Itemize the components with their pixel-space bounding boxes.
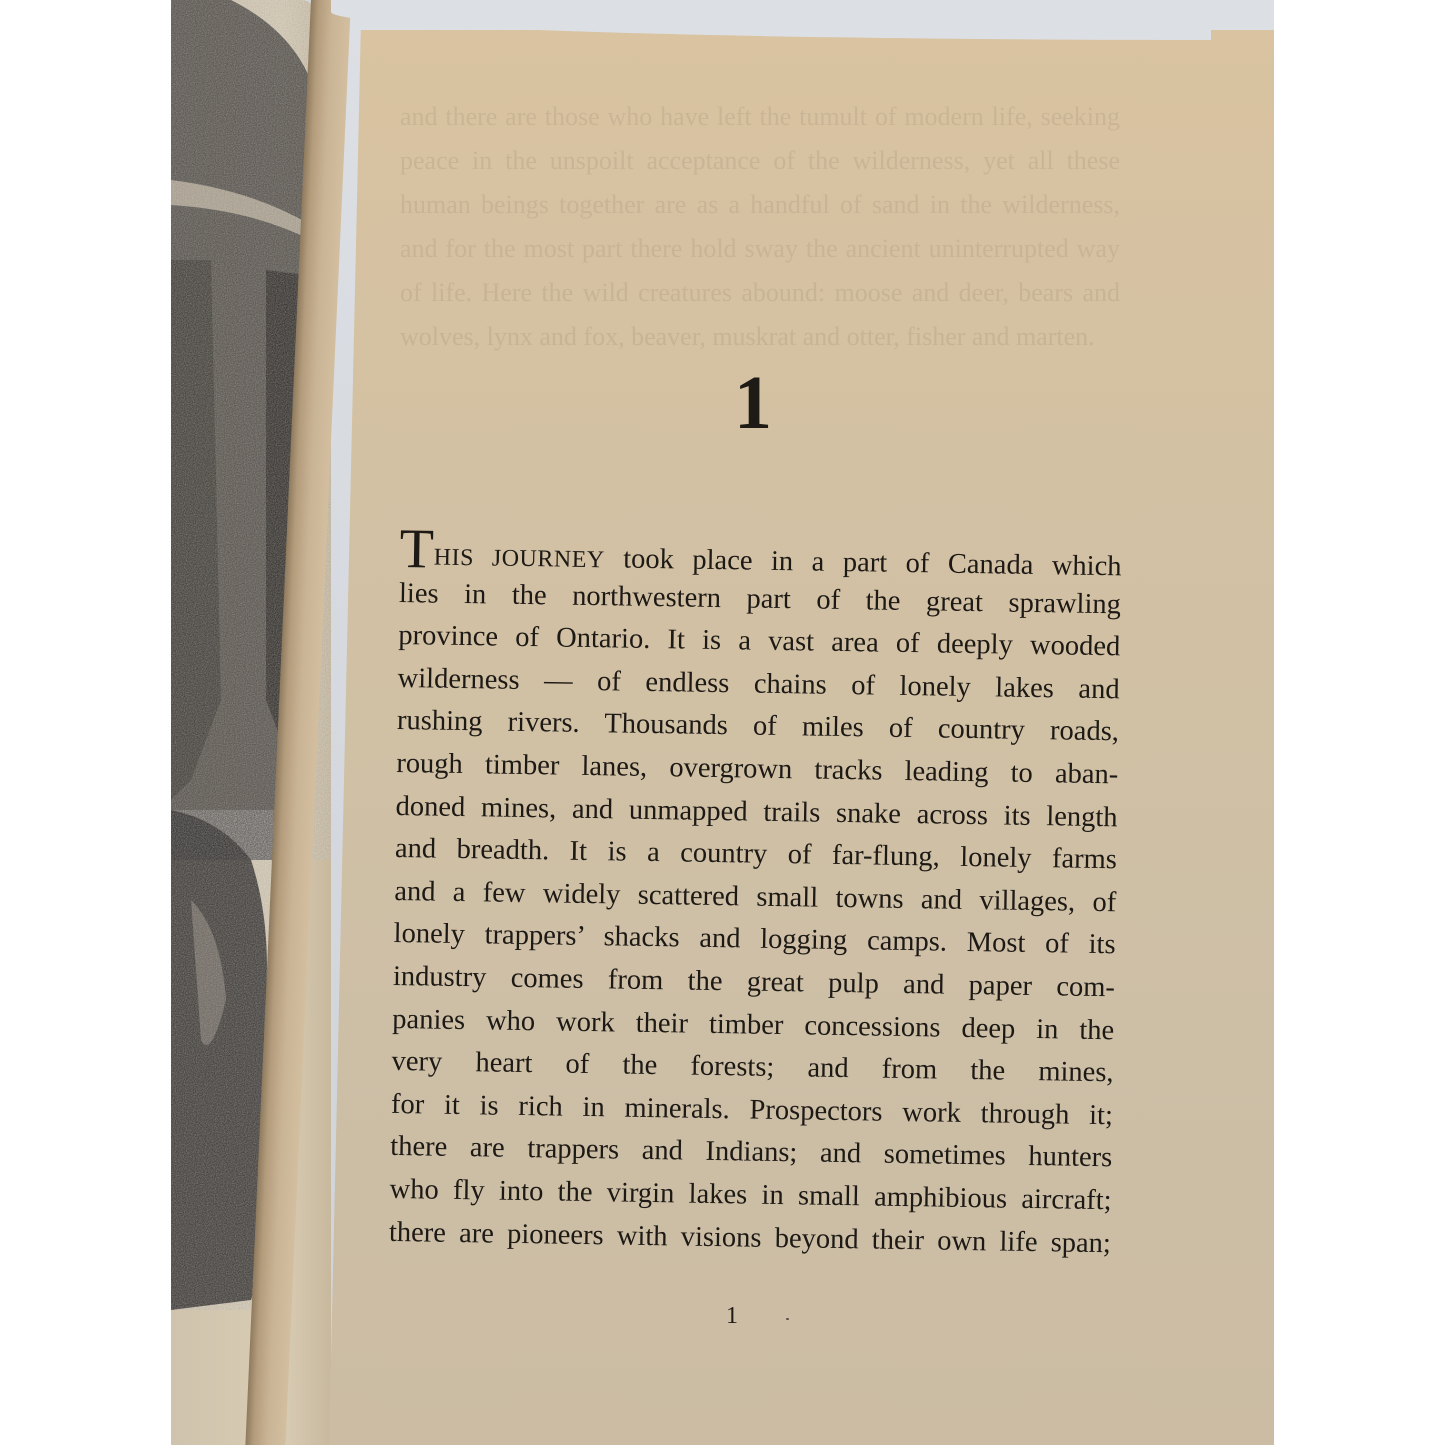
paper-speck (786, 1318, 789, 1320)
chapter-body-text: THIS JOURNEY took place in a part of Can… (389, 530, 1122, 1265)
drop-cap: T (399, 518, 434, 581)
page-number: 1 (726, 1303, 738, 1330)
chapter-number: 1 (718, 365, 788, 441)
opening-small-caps: HIS JOURNEY (434, 545, 605, 574)
